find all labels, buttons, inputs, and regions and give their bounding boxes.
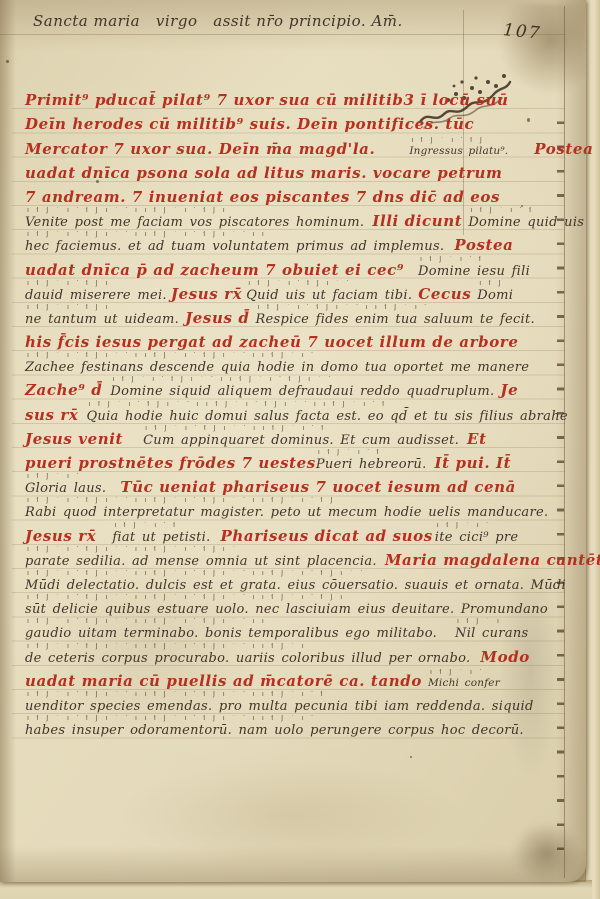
manuscript-line: Jesus rx̄ı ſ ʃ ´ ı ʹ ſ fiat ut petisti.P… <box>25 519 573 543</box>
folio-number: 107 <box>502 20 542 44</box>
neume-marks: ı ſ ʃ ´ ı ʹ ſ ʃ ı ´ ʹ ı ı ſ ʃ ´ ı ʹ ſ ʃ … <box>27 231 444 240</box>
neume-marks: ı ſ ʃ ´ ı ʹ ſ <box>420 256 530 265</box>
sung-text: ı ſ ʃ ´ ı ʹ ſ ʃ ı ´ ʹ ı ı ſ ʃ ´ ı ʹ ſ ʃ … <box>25 361 529 374</box>
neume-marks: ı ſ ʃ ´ ı ʹ ſ ʃ ı ´ ʹ ı ı ſ ʃ ´ ı ʹ ſ ʃ … <box>27 594 548 603</box>
rubric-text: Deīn herodes cū militib⁹ suis. Deīn pont… <box>25 117 474 132</box>
rubric-text: uadat dnīca p̄ ad zacheum 7 obuiet ei ce… <box>25 263 404 278</box>
sung-text: ı ſ ʃ ´ ı ʹ ſ ʃ ı ´ ʹ Quid uis ut faciam… <box>246 289 412 302</box>
manuscript-line: ı ſ ʃ ´ ı ʹ ſ ʃ ı ´ ʹ ı ı ſ ʃ ´ ı ʹ ſ ʃ … <box>25 205 573 229</box>
rubric-text: Illi dicunt <box>372 214 462 229</box>
rubric-text: Jesus rx̄ <box>171 287 242 302</box>
sung-text: ı ſ ʃ ´ ı ʹGloria laus. <box>25 482 106 495</box>
sung-text: ı ſ ʃ ´ ı ʹ ſ ʃ ı ´ ʹ ı ı ſ ʃ ´ ı ʹRespi… <box>255 313 535 326</box>
neume-marks: ı ſ ʃ ´ ı ʹ ſ <box>318 449 427 458</box>
rubric-text: Mercator 7 uxor sua. Deīn m̄a magd'la. <box>25 142 375 157</box>
manuscript-line: ı ſ ʃ ´ ı ʹ ſ ʃ ı ´ ʹ ı ı ſ ʃ ´ ı ʹ ſ ʃ … <box>25 640 573 664</box>
sung-text: ı ſ ʃ ´ ı ʹ ſ ʃ ı ´ ʹ ı ı ſ ʃ ´ ı ʹ ſ ʃ … <box>25 240 444 253</box>
rubric-text: Jesus venit <box>25 432 123 447</box>
sung-text: ı ſ ʃ ´ ı ʹ ſ ʃ ı ´ ʹ ı ı ſ ʃ ´ ı ʹ ſ ʃ … <box>25 652 470 665</box>
neume-marks: ı ſ ʃ ´ ı ʹ ſ ʃ ı ´ ʹ ı ı ſ ʃ ´ ı ʹ ſ ʃ … <box>27 643 470 652</box>
book-fore-edge-bottom <box>0 880 592 899</box>
sung-text: ı ſ ʃ ´ ı ʹ ſ ʃ ı ´ ʹ ı ı ſ ʃ ´ ı ʹ ſCum… <box>143 434 459 447</box>
rubric-text: Tūc ueniat phariseus 7 uocet iesum ad ce… <box>120 480 516 495</box>
sung-text: ı ſ ʃ ´ ı ʹMichi confer <box>428 678 500 689</box>
manuscript-line: ı ſ ʃ ´ ı ʹ ſ ʃ ı ´ ʹ ı ı ſ ʃ ´ ı ʹ ſ ʃ … <box>25 713 573 737</box>
sung-text: ı ſ ʃDomi <box>477 289 513 302</box>
manuscript-photo: Sancta maria virgo assit nr̄o principio.… <box>0 0 600 899</box>
manuscript-line: Deīn herodes cū militib⁹ suis. Deīn pont… <box>25 108 573 132</box>
neume-marks: ı ſ ʃ ´ ı ʹ ſ ʃ ı ´ ʹ ı ı ſ ʃ ´ ı ʹ ſ <box>145 425 459 434</box>
manuscript-line: uadat maria cū puellis ad m̄catorē ca. t… <box>25 665 573 689</box>
neume-marks: ı ſ ʃ ´ ı ʹ <box>437 522 519 531</box>
rubric-text: his f̄cis iesus pergat ad zacheū 7 uocet… <box>25 335 518 350</box>
sung-text: ı ſ ʃ ´ ı ʹ ſ ʃ ı ´ ʹ ı ı ſ ʃ ´ ı ʹ ſ ʃ … <box>25 555 377 568</box>
rubric-text: 7 andream. 7 inueniat eos piscantes 7 dn… <box>25 190 500 205</box>
rubric-text: Primit⁹ pducat̄ pilat⁹ 7 uxor sua cū mil… <box>25 93 508 108</box>
rubric-text: Postea <box>534 142 593 157</box>
manuscript-line: ı ſ ʃ ´ ı ʹ ſ ʃ ı ne tantum ut uideam.Je… <box>25 302 573 326</box>
manuscript-line: ı ſ ʃ ´ ı ʹ ſ ʃ ı ´ ʹ ı ı ſ ʃ ´ ı ʹ ſ ʃ … <box>25 568 573 592</box>
sung-text: ı ſ ʃ ´ ı ʹ ite cici⁹ pre <box>435 531 519 544</box>
manuscript-line: ı ſ ʃ ´ ı ʹ ſ ʃ ı ´ ʹ ı ı ſ ʃ ´ ı ʹ ſ ʃ … <box>25 616 573 640</box>
rubric-text: Je <box>500 383 518 398</box>
neume-marks: ı ſ ʃ ´ ı ʹ ſ <box>114 522 210 531</box>
manuscript-line: his f̄cis iesus pergat ad zacheū 7 uocet… <box>25 326 573 350</box>
book-fore-edge-right <box>585 0 600 899</box>
neume-marks: ı ſ ʃ ´ ı ʹ ſ ʃ ı ´ ʹ ı ı ſ ʃ ´ ı ʹ ſ ʃ … <box>27 618 437 627</box>
neume-marks: ı ſ ʃ ´ ı ʹ ſ ʃ ı ´ ʹ ı ı ſ ʃ ´ ı ʹ ſ ʃ … <box>27 207 364 216</box>
neume-marks: ı ſ ʃ ´ ı ʹ <box>27 473 106 482</box>
parchment-page: Sancta maria virgo assit nr̄o principio.… <box>0 0 586 882</box>
sung-text: ı ſ ʃ ´ ı ʹ ſ ʃ Ingressus pilatu⁹. <box>409 146 508 157</box>
manuscript-line: Mercator 7 uxor sua. Deīn m̄a magd'la.ı … <box>25 132 573 156</box>
manuscript-line: Primit⁹ pducat̄ pilat⁹ 7 uxor sua cū mil… <box>25 84 573 108</box>
sung-text: ı ſ ʃ ´ ı ʹ ſ fiat ut petisti. <box>112 531 210 544</box>
sung-text: ı ſ ʃ ´ ı ʹ ſ ʃ ı ´ ʹ ı ı ſ ʃ ´ ı ʹ ſ ʃ … <box>25 700 534 713</box>
sung-text: ı ſ ʃ ´ ı ʹ ſ ʃ ı ´ ʹ ı ı ſ ʃ ´ ı ʹ ſ ʃ … <box>86 410 567 423</box>
manuscript-line: ı ſ ʃ ´ ı ʹ ſ ʃ ı ´ ʹ ı ı ſ ʃ ´ ı ʹ ſ ʃ … <box>25 229 573 253</box>
sung-text: ı ſ ʃ ´ ı ʹ ſ ʃ ı ´ ʹ ı ı ſ ʃ ´ ı ʹ ſ ʃ … <box>25 724 524 737</box>
manuscript-line: ı ſ ʃ ´ ı ʹ ſ ʃ ı ´ ʹ ı ı ſ ʃ ´ ı ʹ ſ ʃ … <box>25 544 573 568</box>
neume-marks: ı ſ ʃ ´ ı ʹ ſ ʃ ı ´ ʹ ı ı ſ ʃ ´ ı ʹ ſ ʃ … <box>88 401 567 410</box>
neume-marks: ı ſ ʃ ´ ı ʹ ſ ʃ ı ´ ʹ ı ı ſ ʃ ´ ı ʹ ſ ʃ … <box>27 497 548 506</box>
sung-text: ı ſ ʃ ´ ı ʹ ſ Domine quid uis <box>468 216 584 229</box>
text-block: Primit⁹ pducat̄ pilat⁹ 7 uxor sua cū mil… <box>25 84 573 737</box>
manuscript-line: Jesus venitı ſ ʃ ´ ı ʹ ſ ʃ ı ´ ʹ ı ı ſ ʃ… <box>25 423 573 447</box>
stain-bottom-edge <box>0 846 586 882</box>
neume-marks: ı ſ ʃ ´ ı ʹ ſ ʃ ı ´ ʹ ı ı ſ ʃ ´ ı ʹ ſ ʃ … <box>27 691 534 700</box>
sung-text: ı ſ ʃ ´ ı ʹ ſ ʃ ı ´ ʹ ı ı ſ ʃ ´ ı ʹ ſ ʃ … <box>25 579 566 592</box>
manuscript-line: Zache⁹ d̄ı ſ ʃ ´ ı ʹ ſ ʃ ı ´ ʹ ı ı ſ ʃ ´… <box>25 374 573 398</box>
sung-text: ı ſ ʃ ´ ı ʹ ſ ʃ ı ´ ʹ ı ı ſ ʃ ´ ı ʹ ſ ʃ … <box>25 603 548 616</box>
sung-text: ı ſ ʃ ´ ı ʹ ſ ʃ ı ´ ʹ ı ı ſ ʃ ´ ı ʹ ſ ʃ … <box>110 385 494 398</box>
rubric-text: uadat dnīca psona sola ad litus maris. v… <box>25 166 503 181</box>
neume-marks: ı ſ ʃ ´ ı ʹ ſ ʃ ı ´ ʹ <box>248 280 412 289</box>
rubric-text: It̄ pui. It̄ <box>435 456 512 471</box>
manuscript-line: pueri prostnētes frōdes 7 uestesı ſ ʃ ´ … <box>25 447 573 471</box>
ink-speck <box>410 756 412 758</box>
neume-marks: ı ſ ʃ ´ ı ʹ ſ ʃ ı ´ ʹ ı ı ſ ʃ ´ ı ʹ ſ ʃ … <box>27 352 529 361</box>
sung-text: ı ſ ʃ ´ ı ʹ ſ ʃ ı ne tantum ut uideam. <box>25 313 179 326</box>
rubric-text: sus rx̄ <box>25 408 78 423</box>
neume-marks: ı ſ ʃ ´ ı <box>457 618 529 627</box>
manuscript-line: ı ſ ʃ ´ ı ʹ ſ ʃ ıdauid miserere mei.Jesu… <box>25 278 573 302</box>
sung-text: ı ſ ʃ ´ ı ʹ ſ ʃ ıdauid miserere mei. <box>25 289 167 302</box>
manuscript-line: uadat dnīca psona sola ad litus maris. v… <box>25 157 573 181</box>
stain-bottom-right-blob <box>512 822 582 884</box>
rubric-text: Zache⁹ d̄ <box>25 383 102 398</box>
neume-marks: ı ſ ʃ ´ ı ʹ ſ ʃ ı ´ ʹ ı ı ſ ʃ ´ ı ʹ ſ ʃ … <box>27 570 566 579</box>
rubric-text: Et <box>467 432 487 447</box>
manuscript-line: ı ſ ʃ ´ ı ʹ ſ ʃ ı ´ ʹ ı ı ſ ʃ ´ ı ʹ ſ ʃ … <box>25 592 573 616</box>
manuscript-line: ı ſ ʃ ´ ı ʹ ſ ʃ ı ´ ʹ ı ı ſ ʃ ´ ı ʹ ſ ʃ … <box>25 350 573 374</box>
sung-text: ı ſ ʃ ´ ı ʹ ſ ʃ ı ´ ʹ ı ı ſ ʃ ´ ı ʹ ſ ʃ … <box>25 627 437 640</box>
sung-text: ı ſ ʃ ´ ıNil curans <box>455 627 529 640</box>
manuscript-line: sus rx̄ı ſ ʃ ´ ı ʹ ſ ʃ ı ´ ʹ ı ı ſ ʃ ´ ı… <box>25 398 573 422</box>
neume-marks: ı ſ ʃ ´ ı ʹ ſ <box>470 207 584 216</box>
invocation-header: Sancta maria virgo assit nr̄o principio.… <box>33 12 403 30</box>
neume-marks: ı ſ ʃ ´ ı ʹ ſ ʃ <box>411 137 508 146</box>
rubric-text: Maria magdalena cantēt. <box>385 553 600 568</box>
sung-text: ı ſ ʃ ´ ı ʹ ſ ʃ ı ´ ʹ ı ı ſ ʃ ´ ı ʹ ſ ʃ … <box>25 216 364 229</box>
ink-speck <box>6 60 9 63</box>
neume-marks: ı ſ ʃ ´ ı ʹ ſ ʃ ı ´ ʹ ı ı ſ ʃ ´ ı ʹ <box>257 304 535 313</box>
sung-text: ı ſ ʃ ´ ı ʹ ſ Domine iesu fili <box>418 265 530 278</box>
stain-lower-blob <box>120 760 460 870</box>
rubric-text: Postea <box>454 238 513 253</box>
manuscript-line: uadat dnīca p̄ ad zacheum 7 obuiet ei ce… <box>25 253 573 277</box>
rubric-text: Jesus rx̄ <box>25 529 96 544</box>
ruling-header-line <box>0 34 565 35</box>
rubric-text: Jesus d̄ <box>185 311 249 326</box>
neume-marks: ı ſ ʃ ´ ı ʹ <box>430 669 500 678</box>
manuscript-line: ı ſ ʃ ´ ı ʹ ſ ʃ ı ´ ʹ ı ı ſ ʃ ´ ı ʹ ſ ʃ … <box>25 689 573 713</box>
rubric-text: Modo <box>480 650 530 665</box>
neume-marks: ı ſ ʃ ´ ı ʹ ſ ʃ ı ´ ʹ ı ı ſ ʃ ´ ı ʹ ſ ʃ … <box>112 376 494 385</box>
neume-marks: ı ſ ʃ ´ ı ʹ ſ ʃ ı ´ ʹ ı ı ſ ʃ ´ ı ʹ ſ ʃ … <box>27 715 524 724</box>
sung-text: ı ſ ʃ ´ ı ʹ ſ Pueri hebreorū. <box>316 458 427 471</box>
rubric-text: pueri prostnētes frōdes 7 uestes <box>25 456 316 471</box>
rubric-text: Cecus <box>418 287 471 302</box>
rubric-text: Phariseus dicat ad suos <box>221 529 433 544</box>
manuscript-line: ı ſ ʃ ´ ı ʹGloria laus.Tūc ueniat pharis… <box>25 471 573 495</box>
neume-marks: ı ſ ʃ ´ ı ʹ ſ ʃ ı <box>27 304 179 313</box>
neume-marks: ı ſ ʃ ´ ı ʹ ſ ʃ ı ´ ʹ ı ı ſ ʃ ´ ı ʹ ſ ʃ … <box>27 546 377 555</box>
sung-text: ı ſ ʃ ´ ı ʹ ſ ʃ ı ´ ʹ ı ı ſ ʃ ´ ı ʹ ſ ʃ … <box>25 506 548 519</box>
neume-marks: ı ſ ʃ ´ ı ʹ ſ ʃ ı <box>27 280 167 289</box>
neume-marks: ı ſ ʃ <box>479 280 513 289</box>
manuscript-line: ı ſ ʃ ´ ı ʹ ſ ʃ ı ´ ʹ ı ı ſ ʃ ´ ı ʹ ſ ʃ … <box>25 495 573 519</box>
rubric-text: uadat maria cū puellis ad m̄catorē ca. t… <box>25 674 422 689</box>
manuscript-line: 7 andream. 7 inueniat eos piscantes 7 dn… <box>25 181 573 205</box>
